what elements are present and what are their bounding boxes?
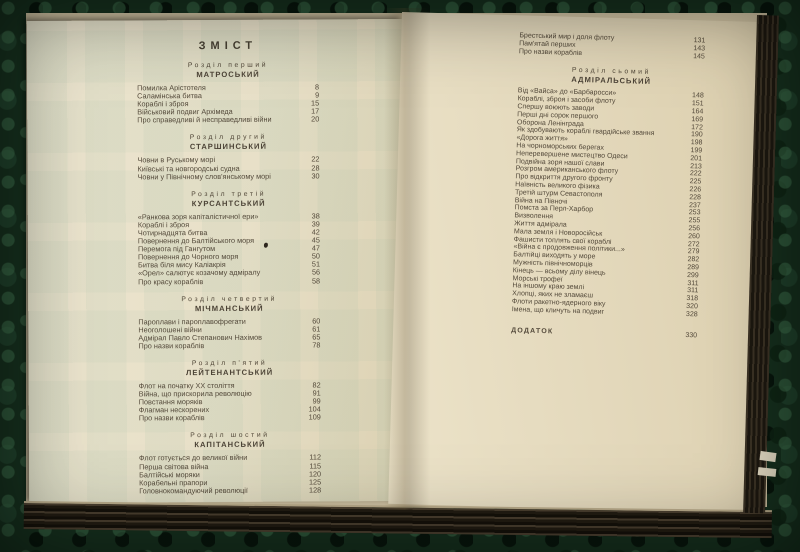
toc-section: Розділ першийМАТРОСЬКИЙПомилка Арістотел… <box>137 60 319 124</box>
left-page: ЗМІСТ Розділ першийМАТРОСЬКИЙПомилка Арі… <box>27 19 406 503</box>
section-entries: Пароплави і пароплавофрегати60Неоголошен… <box>138 317 320 350</box>
section-entries: Флот на початку XX століття82Війна, що п… <box>139 381 321 422</box>
contents-title: ЗМІСТ <box>137 39 319 52</box>
entry-title: Про назви кораблів <box>138 341 294 350</box>
section-entries: Помилка Арістотеля8Саламінська битва9Кор… <box>137 83 319 124</box>
toc-section: Розділ п'ятийЛЕЙТЕНАНТСЬКИЙФлот на почат… <box>139 358 321 422</box>
section-entries: Човни в Руському морі22Київські та новго… <box>137 156 319 181</box>
entry-page: 109 <box>295 414 321 422</box>
entry-title: Човни у Північному слов'янському морі <box>138 172 294 181</box>
left-sections: Розділ першийМАТРОСЬКИЙПомилка Арістотел… <box>137 60 321 495</box>
section-subheading: КАПІТАНСЬКИЙ <box>139 440 321 451</box>
appendix-page: 330 <box>671 331 697 340</box>
toc-entry: Про назви кораблів78 <box>138 341 320 350</box>
entry-page: 128 <box>295 486 321 494</box>
appendix-entry: ДОДАТОК 330 <box>511 327 697 340</box>
toc-section: Розділ шостийКАПІТАНСЬКИЙФлот готується … <box>139 431 321 495</box>
section-subheading: ЛЕЙТЕНАНТСЬКИЙ <box>139 367 321 378</box>
entry-page: 30 <box>294 172 320 180</box>
book-photo: ЗМІСТ Розділ першийМАТРОСЬКИЙПомилка Арі… <box>0 0 800 552</box>
entry-page: 328 <box>672 310 698 319</box>
entry-page: 20 <box>293 116 319 124</box>
entry-page: 78 <box>294 341 320 349</box>
toc-section: Розділ четвертийМІЧМАНСЬКИЙПароплави і п… <box>138 294 320 350</box>
toc-entry: Про назви кораблів109 <box>139 414 321 423</box>
appendix-title: ДОДАТОК <box>511 327 671 339</box>
section-subheading: КУРСАНТСЬКИЙ <box>138 198 320 209</box>
right-sections: Розділ сьомийАДМІРАЛЬСЬКИЙВід «Вайса» до… <box>512 65 705 319</box>
toc-section: Розділ другийСТАРШИНСЬКИЙЧовни в Руськом… <box>137 133 319 181</box>
section-subheading: МІЧМАНСЬКИЙ <box>138 303 320 314</box>
right-page: Брестський мир і доля флоту131Пам'ятай п… <box>388 12 764 514</box>
entry-page: 145 <box>679 52 705 61</box>
toc-entry: Головнокомандуючий революції128 <box>139 486 321 495</box>
entry-title: Про назви кораблів <box>139 414 295 423</box>
toc-section: Розділ третійКУРСАНТСЬКИЙ«Ранкова зоря к… <box>138 189 320 286</box>
toc-entry: Про красу кораблів58 <box>138 277 320 286</box>
entry-title: Про красу кораблів <box>138 277 294 286</box>
chapter-six-continuation: Брестський мир і доля флоту131Пам'ятай п… <box>519 32 706 61</box>
entry-page: 58 <box>294 277 320 285</box>
entry-title: Головнокомандуючий революції <box>139 486 295 495</box>
section-entries: Від «Вайса» до «Барбаросси»148Кораблі, з… <box>512 88 704 319</box>
toc-entry: Човни у Північному слов'янському морі30 <box>138 172 320 181</box>
section-subheading: МАТРОСЬКИЙ <box>137 69 319 80</box>
section-entries: «Ранкова зоря капіталістичної ери»38Кора… <box>138 212 320 286</box>
section-subheading: СТАРШИНСЬКИЙ <box>137 142 319 153</box>
toc-section: Розділ сьомийАДМІРАЛЬСЬКИЙВід «Вайса» до… <box>512 65 705 319</box>
section-entries: Флот готується до великої війни112Перша … <box>139 454 321 495</box>
toc-entry: Про справедливі й несправедливі війни20 <box>137 116 319 125</box>
entry-title: Про справедливі й несправедливі війни <box>137 116 293 125</box>
